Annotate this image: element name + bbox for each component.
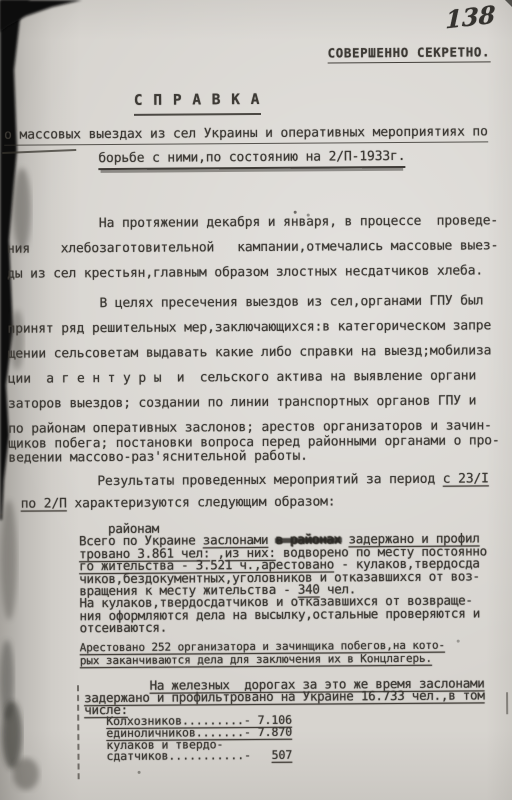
margin-pencil-line bbox=[77, 685, 80, 779]
text-line: сдатчиков...........- 507 bbox=[106, 750, 292, 763]
text-line: принят ряд решительных мер,заключающихся… bbox=[7, 313, 491, 341]
text-line: задержано и профильтровано на Украине 16… bbox=[84, 689, 485, 704]
struck-text: в районах bbox=[276, 534, 342, 547]
page-number-handwritten: 138 bbox=[445, 0, 496, 34]
text-line: ции а г е н т у р ы и сельского актива н… bbox=[8, 363, 492, 391]
text-segment: Результаты проведенных мероприятий за пе… bbox=[21, 472, 443, 490]
text-segment: ции а г е н т у р ы и сельского актива н… bbox=[8, 368, 476, 386]
text-segment: ведении массово-раз'яснительной работы. bbox=[8, 449, 307, 466]
classification-stamp: СОВЕРШЕННО СЕКРЕТНО. bbox=[328, 44, 491, 63]
paragraph-railways: На железных дорогах за это же время засл… bbox=[84, 677, 485, 716]
text-segment: ния хлебозаготовительной кампании,отмеча… bbox=[7, 238, 498, 256]
text-line: ния хлебозаготовительной кампании,отмеча… bbox=[7, 233, 498, 261]
text-line: Результаты проведенных мероприятий за пе… bbox=[20, 468, 488, 493]
subtitle-line-2: борьбе с ними,по состоянию на 2/П-1933г. bbox=[98, 149, 405, 170]
text-line: ды из сел крестьян,главным образом злост… bbox=[7, 258, 498, 286]
document-title: С П Р А В К А bbox=[134, 92, 261, 116]
text-segment: В целях пресечения выездов из сел,органа… bbox=[7, 293, 483, 311]
scan-speckles bbox=[294, 211, 297, 214]
margin-pencil-mark bbox=[506, 692, 508, 714]
underlined-text: рых заканчиваются дела для заключения их… bbox=[80, 652, 432, 667]
paragraph-measures: В целях пресечения выездов из сел,органа… bbox=[7, 288, 492, 441]
underlined-text: по 2/П bbox=[21, 496, 67, 511]
text-line: На протяжении декабря и января, в процес… bbox=[7, 208, 498, 236]
text-segment: принят ряд решительных мер,заключающихся… bbox=[7, 318, 491, 336]
text-line: заторов выездов; создании по линии транс… bbox=[8, 388, 492, 416]
block-detention-statistics: районамВсего по Украине заслонами в райо… bbox=[79, 520, 488, 635]
text-segment: заторов выездов; создании по линии транс… bbox=[8, 393, 476, 411]
text-segment: ды из сел крестьян,главным образом злост… bbox=[7, 263, 483, 281]
subtitle-line-1: о массовых выездах из сел Украины и опер… bbox=[4, 124, 488, 145]
text-segment: отсеиваются. bbox=[80, 620, 167, 636]
list-detained-counts: Колхозников.........- 7.106единоличников… bbox=[106, 715, 292, 763]
paragraph-arrested-organizers: Арестовано 252 организатора и зачинщика … bbox=[80, 639, 445, 668]
document-content: 138 СОВЕРШЕННО СЕКРЕТНО. С П Р А В К А о… bbox=[0, 0, 512, 800]
text-segment: сдатчиков...........- bbox=[106, 748, 271, 763]
text-line: ведении массово-раз'яснительной работы. bbox=[8, 448, 499, 465]
underlined-text: с 23/I bbox=[443, 471, 489, 486]
underlined-text: задержано и профильтровано на Украине 16… bbox=[84, 687, 485, 705]
text-line: по 2/П характеризуются следующим образом… bbox=[21, 490, 489, 515]
paragraph-intro: На протяжении декабря и января, в процес… bbox=[7, 208, 499, 286]
double-underline-mark bbox=[2, 149, 76, 154]
text-line: щении сельсоветам выдавать какие либо сп… bbox=[8, 338, 492, 366]
text-segment: характеризуются следующим образом: bbox=[67, 494, 336, 511]
paragraph-measures-tail: щиков побега; постановки вопроса перед р… bbox=[8, 434, 499, 465]
document-page: 138 СОВЕРШЕННО СЕКРЕТНО. С П Р А В К А о… bbox=[0, 0, 512, 800]
underlined-text: 507 bbox=[272, 748, 293, 762]
text-segment: щении сельсоветам выдавать какие либо сп… bbox=[8, 343, 492, 361]
text-line: В целях пресечения выездов из сел,органа… bbox=[7, 288, 491, 316]
text-segment: На протяжении декабря и января, в процес… bbox=[7, 213, 498, 231]
paragraph-results: Результаты проведенных мероприятий за пе… bbox=[20, 468, 489, 515]
text-line: рых заканчиваются дела для заключения их… bbox=[80, 652, 445, 668]
text-line: отсеиваются. bbox=[80, 620, 488, 635]
